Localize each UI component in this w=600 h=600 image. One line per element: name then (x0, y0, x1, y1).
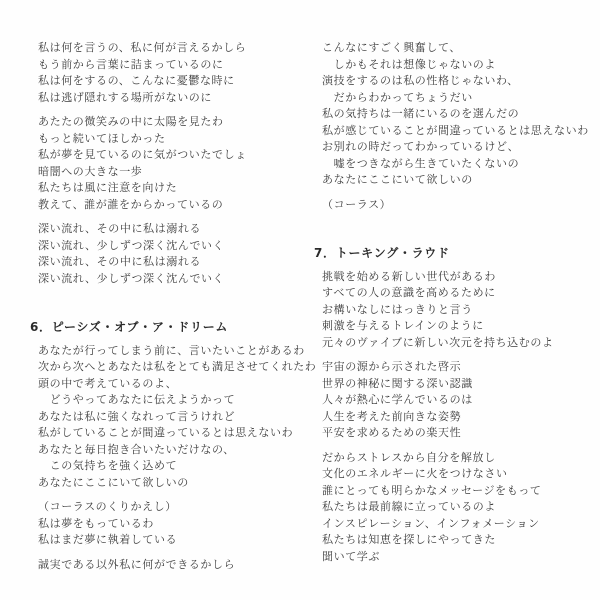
lyric-line: すべての人の意識を高めるために (322, 285, 600, 302)
stanza: 私は何を言うの、私に何が言えるかしらもう前から言葉に詰まっているのに私は何をする… (38, 40, 306, 106)
lyric-line: だからストレスから自分を解放し (322, 450, 600, 467)
lyric-line: お別れの時だってわかっているけど、 (322, 139, 600, 156)
lyric-line: しかもそれは想像じゃないのよ (322, 57, 600, 74)
lyric-line: 刺激を与えるトレインのように (322, 318, 600, 335)
lyric-line: 元々のヴァイブに新しい次元を持ち込むのよ (322, 335, 600, 352)
lyric-line: 私たちは最前線に立っているのよ (322, 499, 600, 516)
lyric-line: 嘘をつきながら生きていたくないの (322, 156, 600, 173)
lyric-line: 私は逃げ隠れする場所がないのに (38, 90, 306, 107)
lyric-line: あたたの微笑みの中に太陽を見たわ (38, 114, 306, 131)
lyric-line: 私は夢をもっているわ (38, 516, 306, 533)
track-heading: 6．ピーシズ・オブ・ア・ドリーム (30, 319, 306, 336)
lyric-line: 私は何をするの、こんなに憂鬱な時に (38, 73, 306, 90)
lyric-line: お構いなしにはっきりと言う (322, 302, 600, 319)
lyric-line: あなたと毎日抱き合いたいだけなの、 (38, 442, 306, 459)
lyric-line: もう前から言葉に詰まっているのに (38, 57, 306, 74)
stanza: だからストレスから自分を解放し文化のエネルギーに火をつけなさい誰にとっても明らか… (322, 450, 600, 566)
lyric-line: 宇宙の源から示された啓示 (322, 359, 600, 376)
stanza: 誠実である以外私に何ができるかしら (38, 557, 306, 574)
stanza: （コーラスのくりかえし）私は夢をもっているわ私はまだ夢に執着している (38, 499, 306, 549)
stanza: あたたの微笑みの中に太陽を見たわもっと続いてほしかった私が夢を見ているのに気がつ… (38, 114, 306, 213)
lyric-line: 平安を求めるための楽天性 (322, 425, 600, 442)
lyric-line: 暗闇への大きな一歩 (38, 164, 306, 181)
lyric-line: あなたにここにいて欲しいの (322, 172, 600, 189)
lyric-line: 私はまだ夢に執着している (38, 532, 306, 549)
lyric-line: 教えて、誰が誰をからかっているの (38, 197, 306, 214)
lyric-line: 深い流れ、少しずつ深く沈んでいく (38, 238, 306, 255)
lyric-line: 演技をするのは私の性格じゃないわ、 (322, 73, 600, 90)
lyric-line: 挑戦を始める新しい世代があるわ (322, 269, 600, 286)
lyric-line: あなたが行ってしまう前に、言いたいことがあるわ (38, 343, 306, 360)
lyric-line: 世界の神秘に関する深い認識 (322, 376, 600, 393)
lyric-line: 深い流れ、少しずつ深く沈んでいく (38, 271, 306, 288)
lyric-line: （コーラス） (322, 197, 600, 214)
track-heading: 7．トーキング・ラウド (314, 245, 600, 262)
stanza: 深い流れ、その中に私は溺れる深い流れ、少しずつ深く沈んでいく深い流れ、その中に私… (38, 221, 306, 287)
lyric-line: あなたにここにいて欲しいの (38, 475, 306, 492)
lyric-line: 私たちは風に注意を向けた (38, 180, 306, 197)
lyric-line: 私がしていることが間違っているとは思えないわ (38, 425, 306, 442)
lyric-line: 人々が熱心に学んでいるのは (322, 392, 600, 409)
lyric-line: どうやってあなたに伝えようかって (38, 392, 306, 409)
lyric-line: 私が感じていることが間違っているとは思えないわ (322, 123, 600, 140)
lyric-line: 人生を考えた前向きな姿勢 (322, 409, 600, 426)
lyrics-sheet: 私は何を言うの、私に何が言えるかしらもう前から言葉に詰まっているのに私は何をする… (0, 0, 600, 600)
lyrics-column-right: こんなにすごく興奮して、 しかもそれは想像じゃないのよ演技をするのは私の性格じゃ… (322, 40, 600, 573)
stanza: （コーラス） (322, 197, 600, 214)
lyric-line: 私の気持ちは一緒にいるのを選んだの (322, 106, 600, 123)
lyric-line: 私が夢を見ているのに気がついたでしょ (38, 147, 306, 164)
lyric-line: 聞いて学ぶ (322, 549, 600, 566)
lyric-line: 深い流れ、その中に私は溺れる (38, 254, 306, 271)
stanza: 挑戦を始める新しい世代があるわすべての人の意識を高めるためにお構いなしにはっきり… (322, 269, 600, 352)
stanza: こんなにすごく興奮して、 しかもそれは想像じゃないのよ演技をするのは私の性格じゃ… (322, 40, 600, 189)
lyric-line: （コーラスのくりかえし） (38, 499, 306, 516)
lyric-line: 頭の中で考えているのよ、 (38, 376, 306, 393)
lyrics-column-left: 私は何を言うの、私に何が言えるかしらもう前から言葉に詰まっているのに私は何をする… (38, 40, 306, 581)
lyric-line: インスピレーション、インフォメーション (322, 516, 600, 533)
lyric-line: だからわかってちょうだい (322, 90, 600, 107)
lyric-line: もっと続いてほしかった (38, 131, 306, 148)
lyric-line: あなたは私に強くなれって言うけれど (38, 409, 306, 426)
lyric-line: 誰にとっても明らかなメッセージをもって (322, 483, 600, 500)
lyric-line: 私は何を言うの、私に何が言えるかしら (38, 40, 306, 57)
lyric-line: 私たちは知恵を探しにやってきた (322, 532, 600, 549)
lyric-line: 深い流れ、その中に私は溺れる (38, 221, 306, 238)
stanza: 宇宙の源から示された啓示世界の神秘に関する深い認識人々が熱心に学んでいるのは人生… (322, 359, 600, 442)
lyric-line: 誠実である以外私に何ができるかしら (38, 557, 306, 574)
lyric-line: 次から次へとあなたは私をとても満足させてくれたわ (38, 359, 306, 376)
lyric-line: 文化のエネルギーに火をつけなさい (322, 466, 600, 483)
stanza: あなたが行ってしまう前に、言いたいことがあるわ次から次へとあなたは私をとても満足… (38, 343, 306, 492)
lyric-line: この気持ちを強く込めて (38, 458, 306, 475)
lyric-line: こんなにすごく興奮して、 (322, 40, 600, 57)
